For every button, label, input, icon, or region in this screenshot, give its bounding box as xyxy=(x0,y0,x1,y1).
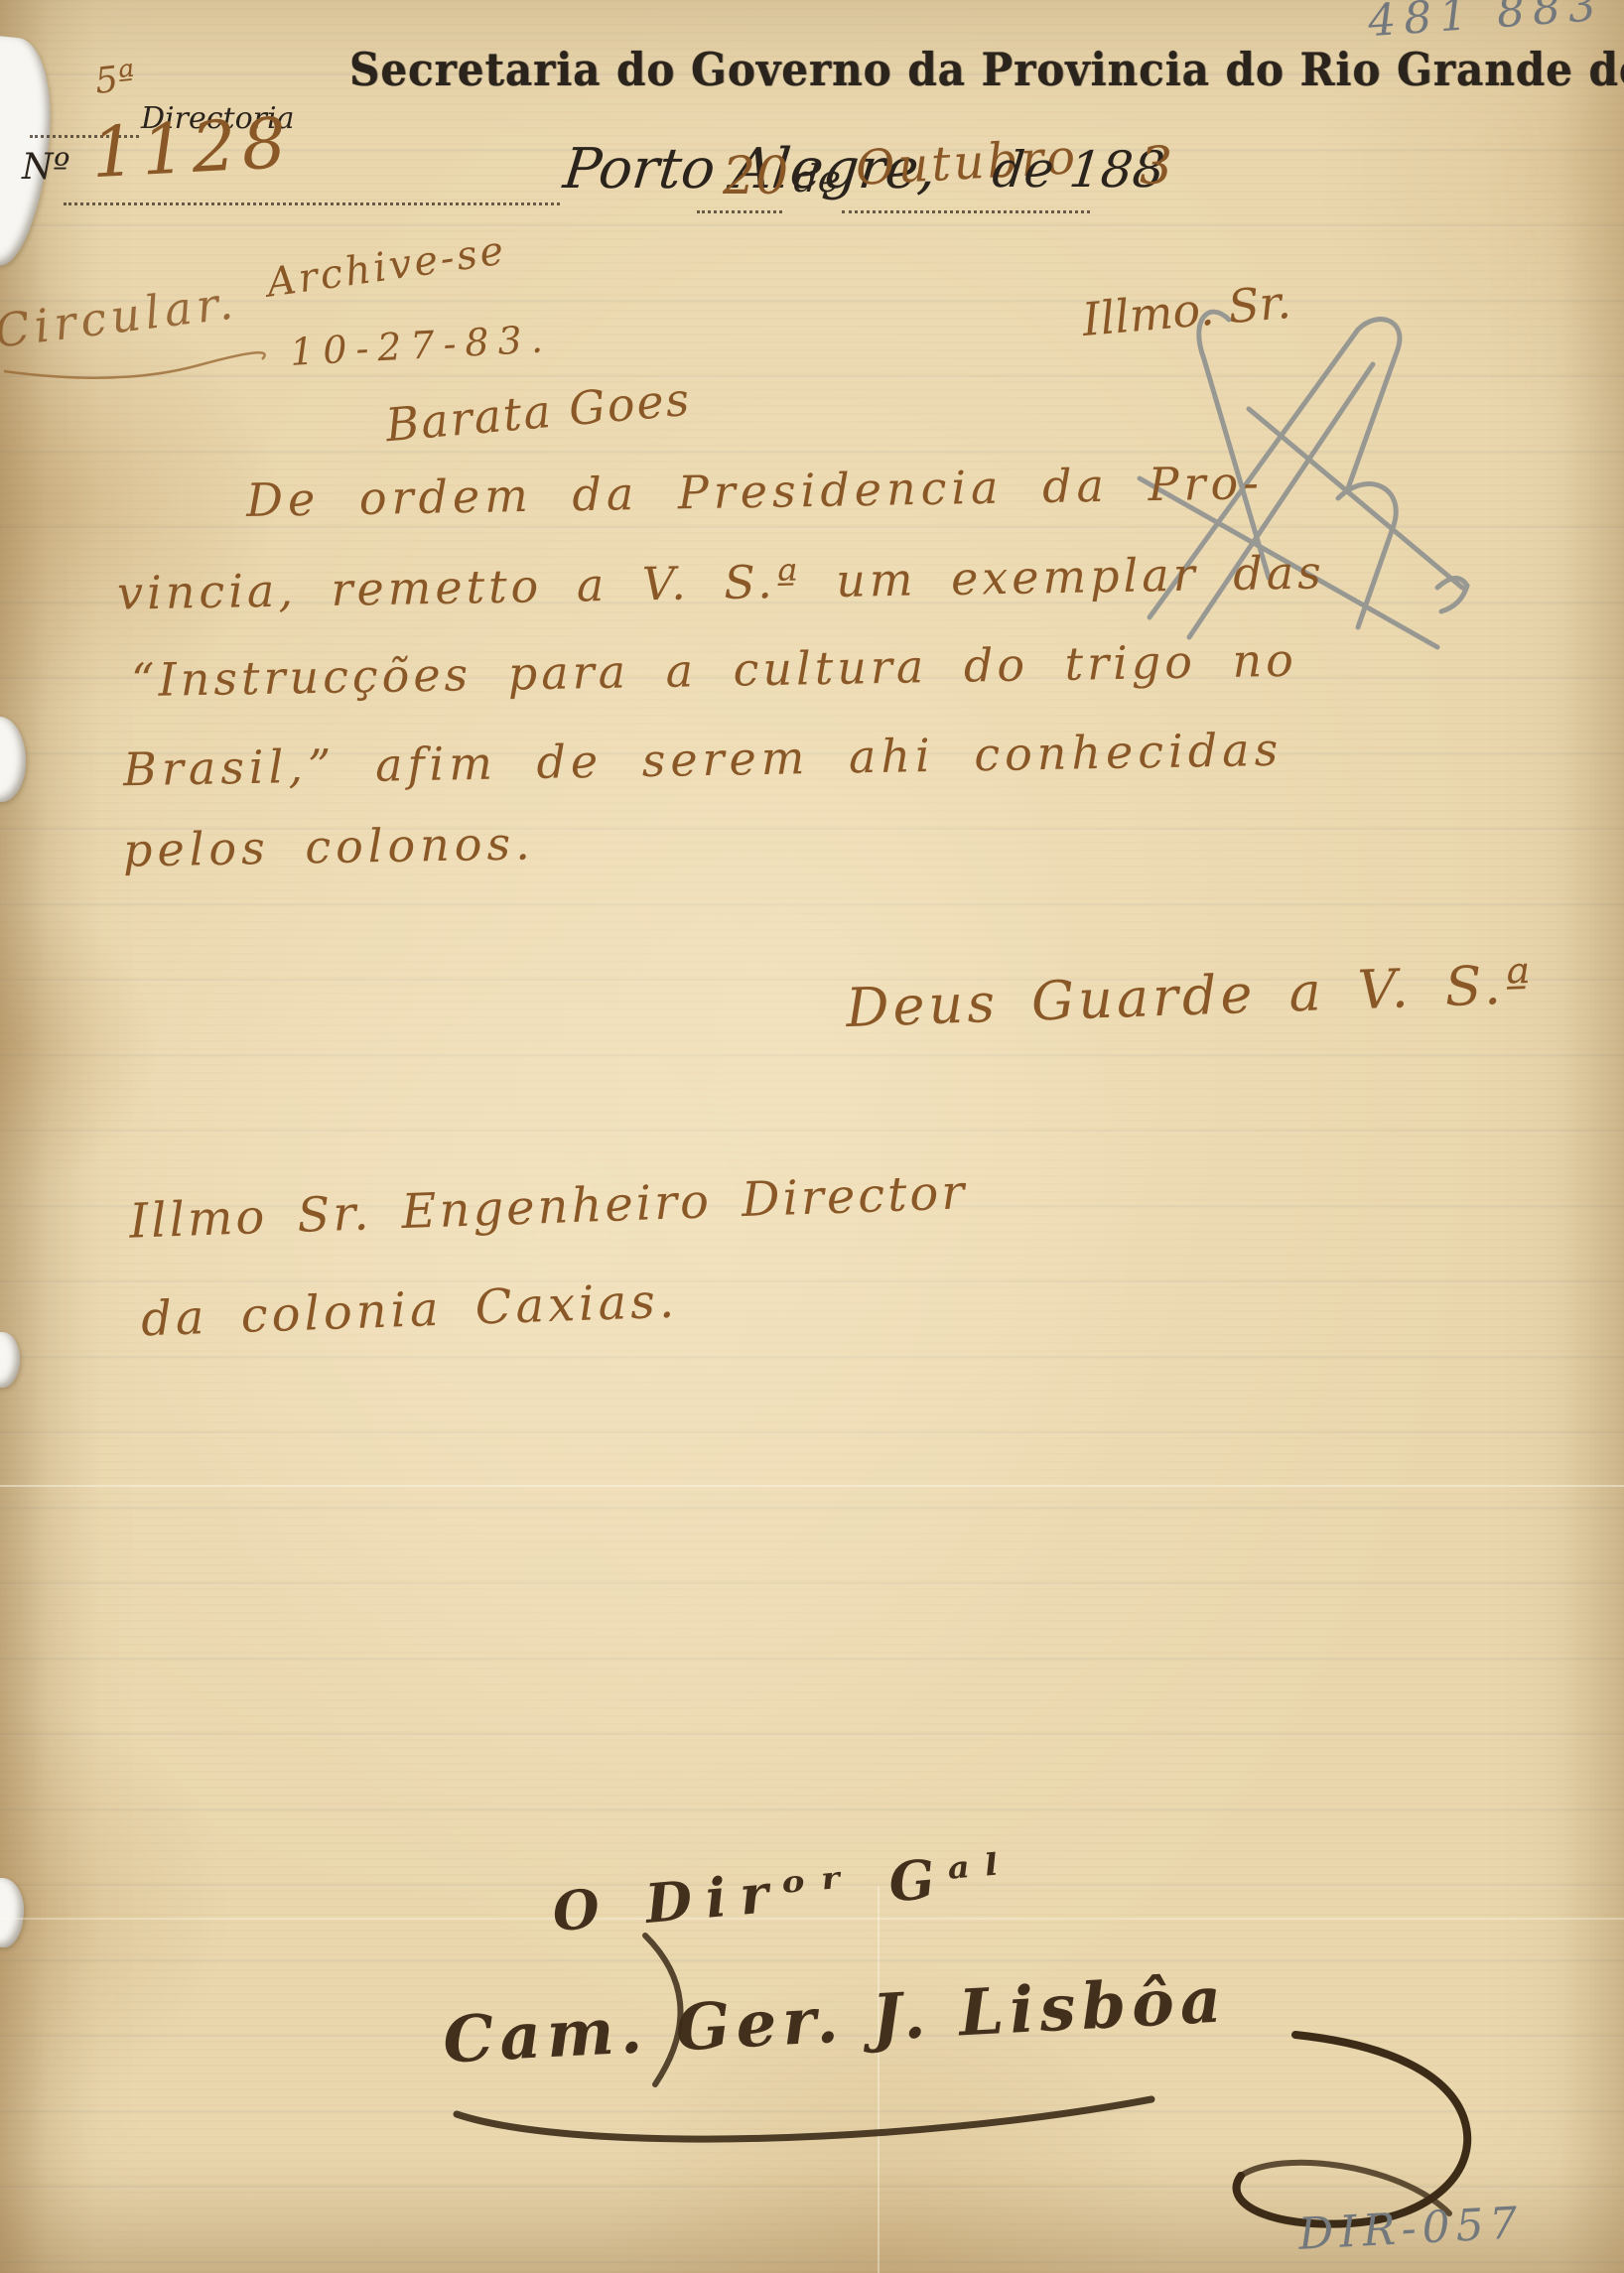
torn-edge-lower xyxy=(0,1878,24,1947)
scanned-letter-page: 481 883 Secretaria do Governo da Provinc… xyxy=(0,0,1624,2273)
body-line-5: pelos colonos. xyxy=(123,816,536,876)
dateline-year-digit-handwritten: 3 xyxy=(1140,137,1172,197)
number-label: Nº xyxy=(22,147,69,188)
archive-note-line2: 10-27-83. xyxy=(289,317,553,374)
directoria-number-handwritten: 5ª xyxy=(93,58,137,102)
dotted-line xyxy=(842,210,1090,213)
circular-underline-flourish xyxy=(0,349,268,385)
archive-note-signature: Barata Goes xyxy=(383,372,693,453)
circular-annotation: Circular. xyxy=(0,275,240,358)
torn-edge-small xyxy=(0,1332,20,1388)
addressee-line-2: da colonia Caxias. xyxy=(140,1273,679,1348)
body-line-4: Brasil,” afim de serem ahi conhecidas xyxy=(123,723,1284,796)
fold-crease xyxy=(0,1485,1624,1487)
torn-edge-mid xyxy=(0,717,26,802)
addressee-line-1: Illmo Sr. Engenheiro Director xyxy=(128,1164,968,1249)
letterhead-title: Secretaria do Governo da Provincia do Ri… xyxy=(349,44,1624,96)
body-line-3: “Instrucções para a cultura do trigo no xyxy=(131,633,1298,707)
dotted-line xyxy=(697,210,782,213)
dotted-line xyxy=(64,202,560,205)
archive-note-line1: Archive-se xyxy=(264,227,509,306)
archival-number-top: 481 883 xyxy=(1367,0,1606,47)
number-value-handwritten: 1128 xyxy=(89,102,294,194)
valediction: Deus Guarde a V. S.ª xyxy=(845,953,1535,1039)
dateline-de1: de xyxy=(792,157,843,201)
dateline-day-handwritten: 20 xyxy=(723,147,788,206)
